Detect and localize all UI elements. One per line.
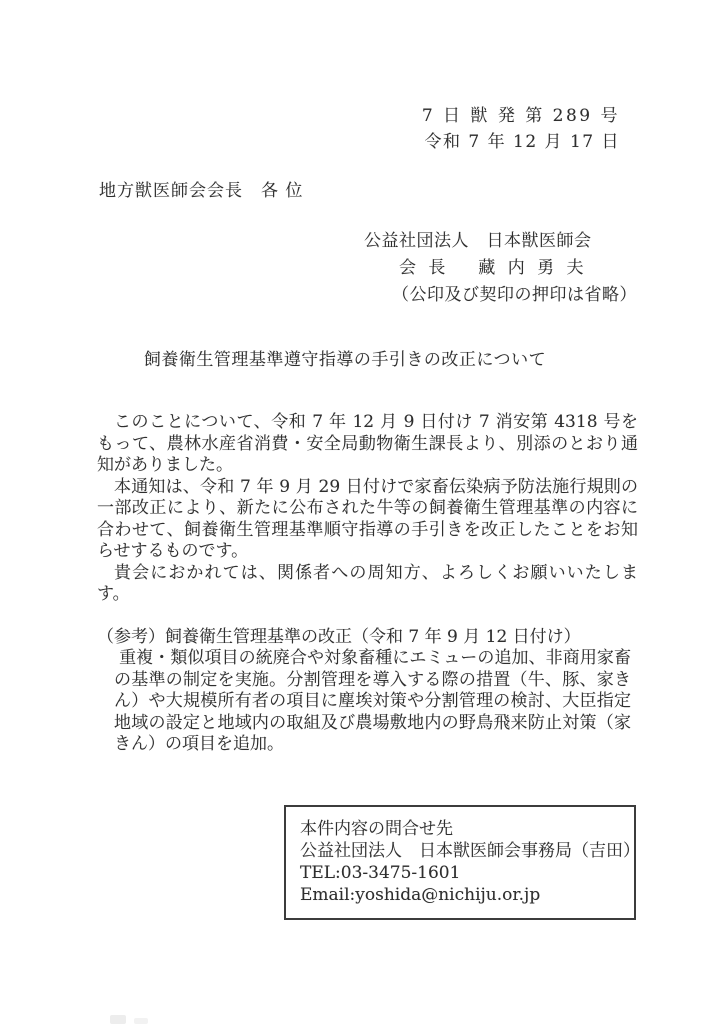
sender-block: 公益社団法人 日本獣医師会 会 長 藏 内 勇 夫 （公印及び契印の押印は省略） xyxy=(364,228,637,309)
reference-note: （参考）飼養衛生管理基準の改正（令和 7 年 9 月 12 日付け） 重複・類似… xyxy=(97,627,638,756)
document-page: 7 日 獣 発 第 289 号 令和 7 年 12 月 17 日 地方獣医師会会… xyxy=(0,0,724,1024)
body-text: このことについて、令和 7 年 12 月 9 日付け 7 消安第 4318 号を… xyxy=(97,412,638,756)
sender-organization: 公益社団法人 日本獣医師会 xyxy=(364,228,637,255)
doc-date: 令和 7 年 12 月 17 日 xyxy=(422,129,620,155)
scan-artifact xyxy=(110,1015,126,1024)
contact-box: 本件内容の問合せ先 公益社団法人 日本獣医師会事務局（吉田） TEL:03-34… xyxy=(284,805,636,920)
document-header: 7 日 獣 発 第 289 号 令和 7 年 12 月 17 日 xyxy=(422,103,620,155)
addressee: 地方獣医師会会長 各 位 xyxy=(99,176,303,201)
reference-description: 重複・類似項目の統廃合や対象畜種にエミューの追加、非商用家畜の基準の制定を実施。… xyxy=(114,648,631,756)
scan-artifact xyxy=(134,1018,148,1024)
body-paragraph-1: このことについて、令和 7 年 12 月 9 日付け 7 消安第 4318 号を… xyxy=(97,412,638,477)
contact-label: 本件内容の問合せ先 xyxy=(300,818,620,840)
contact-tel: TEL:03-3475-1601 xyxy=(300,862,620,884)
contact-email: Email:yoshida@nichiju.or.jp xyxy=(300,884,620,906)
reference-heading: （参考）飼養衛生管理基準の改正（令和 7 年 9 月 12 日付け） xyxy=(97,627,638,649)
doc-number: 7 日 獣 発 第 289 号 xyxy=(422,103,620,129)
sender-president: 会 長 藏 内 勇 夫 xyxy=(364,255,637,282)
body-paragraph-2: 本通知は、令和 7 年 9 月 29 日付けで家畜伝染病予防法施行規則の一部改正… xyxy=(97,477,638,563)
body-paragraph-3: 貴会におかれては、関係者への周知方、よろしくお願いいたします。 xyxy=(97,563,638,606)
contact-office: 公益社団法人 日本獣医師会事務局（吉田） xyxy=(300,840,620,862)
seal-note: （公印及び契印の押印は省略） xyxy=(364,282,637,309)
subject-title: 飼養衛生管理基準遵守指導の手引きの改正について xyxy=(0,345,690,370)
